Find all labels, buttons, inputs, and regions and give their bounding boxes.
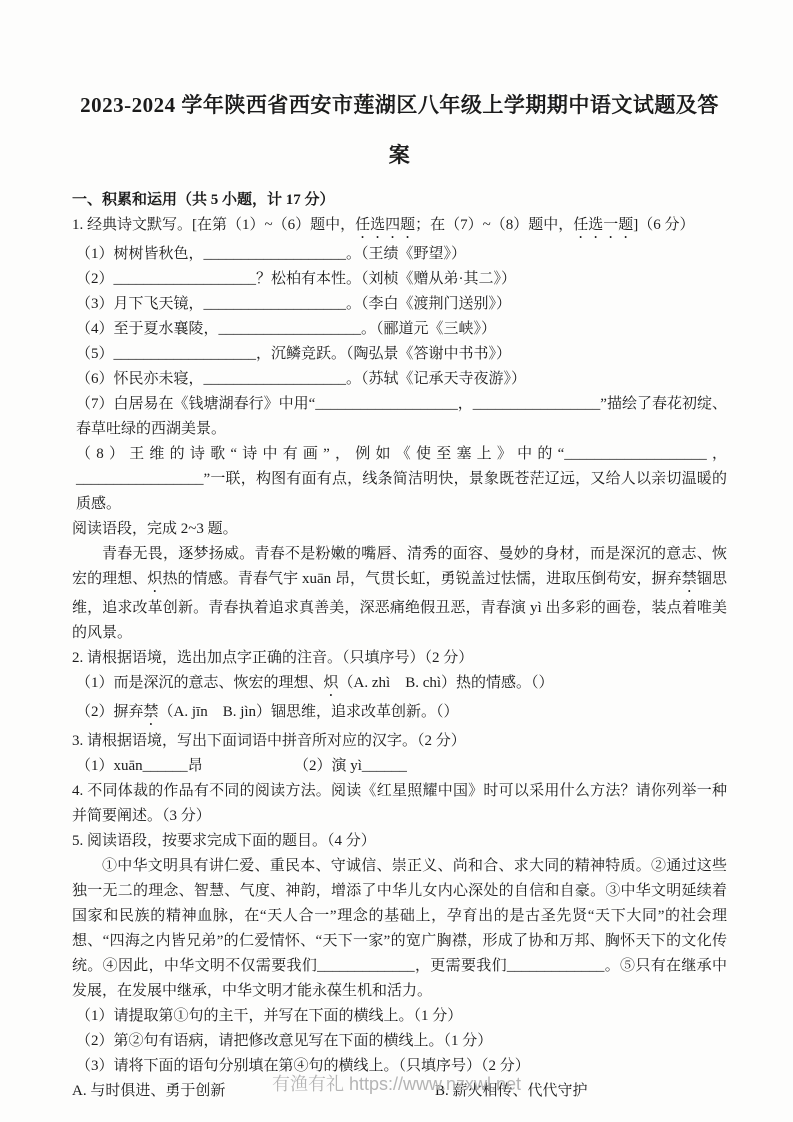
q5-intro: 5. 阅读语段，按要求完成下面的题目。（4 分） bbox=[72, 829, 727, 854]
reading-paragraph: 青春无畏，逐梦扬威。青春不是粉嫩的嘴唇、清秀的面容、曼妙的身材，而是深沉的意志、… bbox=[72, 542, 727, 646]
page-title: 2023-2024 学年陕西省西安市莲湖区八年级上学期期中语文试题及答案 bbox=[72, 80, 727, 180]
q1-intro: 1. 经典诗文默写。[在第（1）~（6）题中，任选四题；在（7）~（8）题中，任… bbox=[72, 213, 727, 242]
section-heading: 一、积累和运用（共 5 小题，计 17 分） bbox=[72, 188, 727, 213]
q5-item-1: （1）请提取第①句的主干，并写在下面的横线上。（1 分） bbox=[72, 1004, 727, 1029]
footer-text: 有渔有礼 https://www.nzxwl.net bbox=[272, 1074, 521, 1094]
reading-emphasis: 禁 bbox=[682, 571, 697, 587]
q2-item-2-seg: （2）摒弃 bbox=[76, 704, 144, 720]
reading-seg: 热的情感。青春气宇 xuān 昂，气贯长虹，勇锐盖过怯懦，进取压倒苟安，摒弃 bbox=[162, 571, 681, 587]
q2-item-1-seg: （A. zhì B. chì）热的情感。（） bbox=[339, 675, 554, 691]
reading-lead: 阅读语段，完成 2~3 题。 bbox=[72, 517, 727, 542]
q3-items: （1）xuān______昂（2）演 yì______ bbox=[72, 754, 727, 779]
q1-item-6: （6）怀民亦未寝，___________________。（苏轼《记承天寺夜游》… bbox=[72, 367, 727, 392]
q1-intro-seg: ；在（7）~（8）题中， bbox=[415, 217, 573, 233]
q1-intro-emphasis: 任选四题 bbox=[355, 217, 415, 233]
footer-watermark: 有渔有礼 https://www.nzxwl.net bbox=[0, 1070, 793, 1096]
q1-item-8: （8）王维的诗歌“诗中有画”，例如《使至塞上》中的“______________… bbox=[72, 442, 727, 517]
q2-item-1: （1）而是深沉的意志、恢宏的理想、炽（A. zhì B. chì）热的情感。（） bbox=[72, 671, 727, 700]
q1-item-4: （4）至于夏水襄陵，___________________。（郦道元《三峡》） bbox=[72, 317, 727, 342]
q1-item-7: （7）白居易在《钱塘湖春行》中用“___________________，___… bbox=[72, 392, 727, 442]
q3-item-1: （1）xuān______昂 bbox=[76, 754, 294, 779]
q5-paragraph: ①中华文明具有讲仁爱、重民本、守诚信、崇正义、尚和合、求大同的精神特质。②通过这… bbox=[72, 854, 727, 1004]
q1-item-1: （1）树树皆秋色，___________________。（王绩《野望》） bbox=[72, 242, 727, 267]
q2-item-1-emphasis: 炽 bbox=[324, 675, 339, 691]
q2-item-1-seg: （1）而是深沉的意志、恢宏的理想、 bbox=[76, 675, 324, 691]
q1-item-3: （3）月下飞天镜，___________________。（李白《渡荆门送别》） bbox=[72, 292, 727, 317]
q1-item-5: （5）___________________，沉鳞竞跃。（陶弘景《答谢中书书》） bbox=[72, 342, 727, 367]
reading-emphasis: 炽 bbox=[147, 571, 162, 587]
q2-intro: 2. 请根据语境，选出加点字正确的注音。（只填序号）（2 分） bbox=[72, 646, 727, 671]
q1-item-2: （2）___________________？松柏有本性。（刘桢《赠从弟·其二》… bbox=[72, 267, 727, 292]
document-content: 2023-2024 学年陕西省西安市莲湖区八年级上学期期中语文试题及答案 一、积… bbox=[0, 0, 793, 1104]
q4-text: 4. 不同体裁的作品有不同的阅读方法。阅读《红星照耀中国》时可以采用什么方法？请… bbox=[72, 779, 727, 829]
q5-item-2: （2）第②句有语病，请把修改意见写在下面的横线上。（1 分） bbox=[72, 1029, 727, 1054]
exam-document-page: { "doc": { "title": "2023-2024 学年陕西省西安市莲… bbox=[0, 0, 793, 1122]
q1-intro-seg: 1. 经典诗文默写。[在第（1）~（6）题中， bbox=[72, 217, 355, 233]
q2-item-2-seg: （A. jīn B. jìn）锢思维，追求改革创新。（） bbox=[159, 704, 459, 720]
q1-intro-emphasis: 任选一题 bbox=[573, 217, 633, 233]
q3-intro: 3. 请根据语境，写出下面词语中拼音所对应的汉字。（2 分） bbox=[72, 729, 727, 754]
q3-item-2: （2）演 yì______ bbox=[294, 758, 407, 774]
q2-item-2: （2）摒弃禁（A. jīn B. jìn）锢思维，追求改革创新。（） bbox=[72, 700, 727, 729]
q1-intro-seg: ]（6 分） bbox=[633, 217, 694, 233]
q2-item-2-emphasis: 禁 bbox=[144, 704, 159, 720]
